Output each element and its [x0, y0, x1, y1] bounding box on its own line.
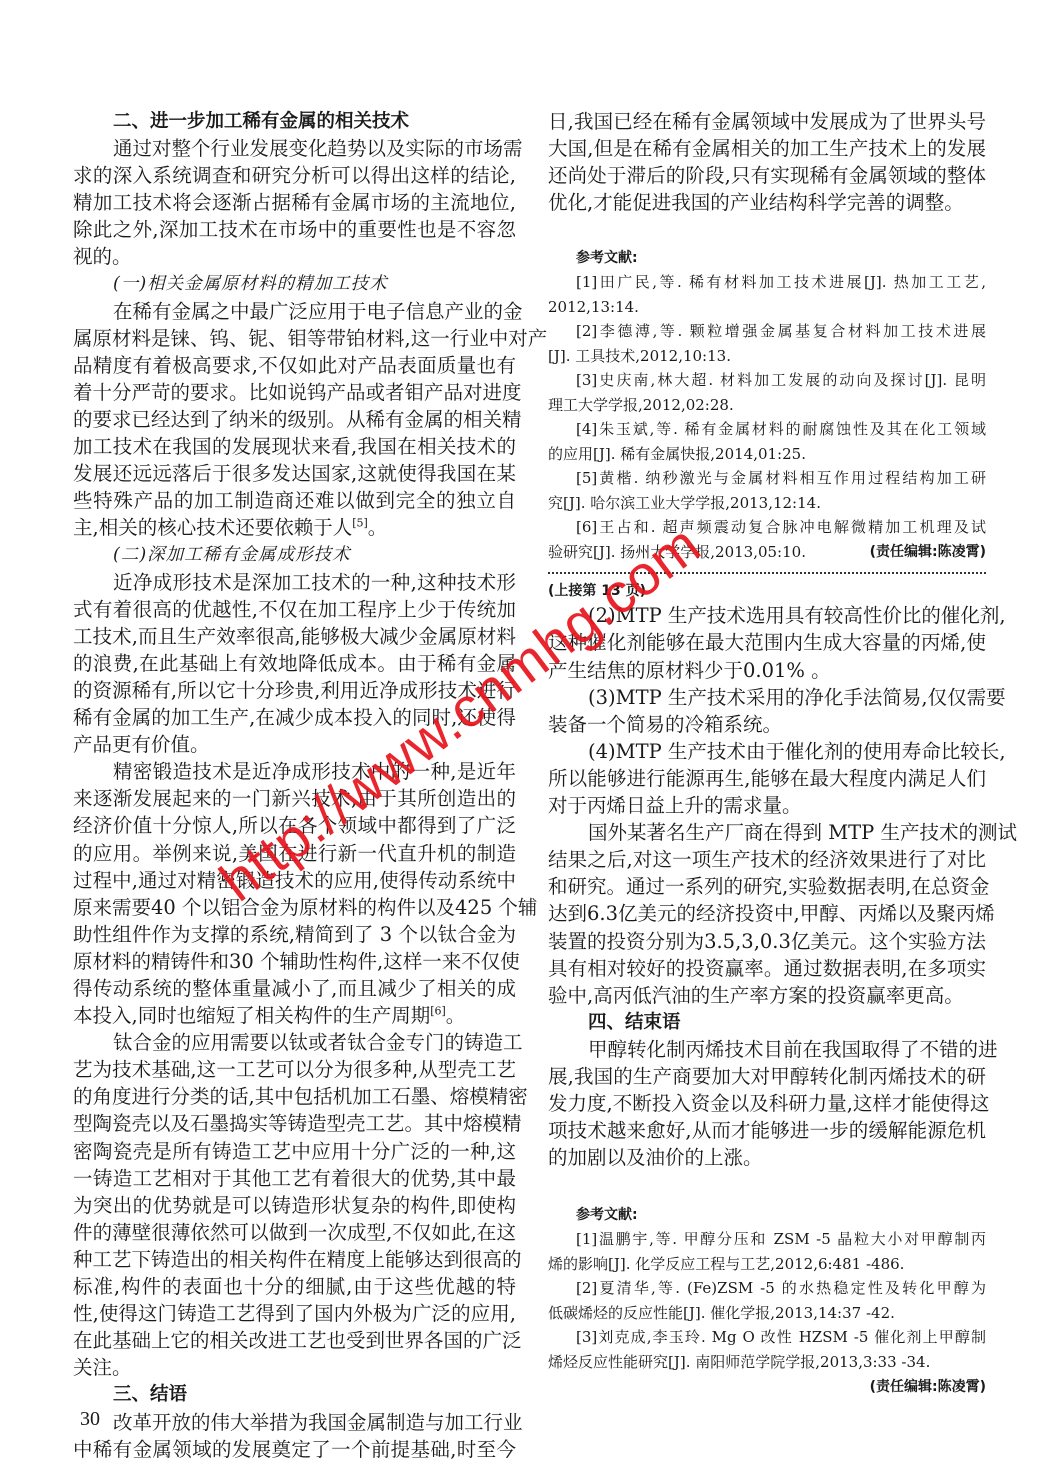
- text-line: 的加剧以及油价的上涨。: [548, 1144, 986, 1171]
- text-line: 标准,构件的表面也十分的细腻,由于这些优越的特: [73, 1273, 516, 1300]
- text-line: 优化,才能促进我国的产业结构科学完善的调整。: [548, 189, 986, 216]
- text-line: 达到6.3亿美元的经济投资中,甲醇、丙烯以及聚丙烯: [548, 900, 986, 927]
- left-column: 二、进一步加工稀有金属的相关技术 通过对整个行业发展变化趋势以及实际的市场需求的…: [73, 108, 516, 1462]
- reference-line: 的应用[J]. 稀有金属快报,2014,01:25.: [548, 442, 986, 467]
- reference-line: 烯的影响[J]. 化学反应工程与工艺,2012,6:481 -486.: [548, 1252, 986, 1277]
- editor-credit: (责任编辑:陈凌霄): [548, 1374, 986, 1399]
- text-line: 加工技术在我国的发展现状来看,我国在相关技术的: [73, 433, 516, 460]
- references-list: [1]田广民,等. 稀有材料加工技术进展[J]. 热加工工艺,2012,13:1…: [548, 270, 986, 564]
- reference-item: [2]夏清华,等. (Fe)ZSM -5 的水热稳定性及转化甲醇为低碳烯烃的反应…: [548, 1276, 986, 1325]
- text-line: 大国,但是在稀有金属相关的加工生产技术上的发展: [548, 135, 986, 162]
- paragraph: 精密锻造技术是近净成形技术中的一种,是近年来逐渐发展起来的一门新兴技术,由于其所…: [73, 758, 516, 1002]
- text-line: 来逐渐发展起来的一门新兴技术,由于其所创造出的: [73, 785, 516, 812]
- text-line: 展,我国的生产商要加大对甲醇转化制丙烯技术的研: [548, 1063, 986, 1090]
- text-line: 通过对整个行业发展变化趋势以及实际的市场需: [73, 135, 516, 162]
- text-line: 装备一个简易的冷箱系统。: [548, 711, 986, 738]
- text-line: (2)MTP 生产技术选用具有较高性价比的催化剂,: [548, 602, 986, 629]
- reference-item: [1]田广民,等. 稀有材料加工技术进展[J]. 热加工工艺,2012,13:1…: [548, 270, 986, 319]
- text-line: 原来需要40 个以铝合金为原材料的构件以及425 个辅: [73, 894, 516, 921]
- text-line: 的要求已经达到了纳米的级别。从稀有金属的相关精: [73, 406, 516, 433]
- text-line: 关注。: [73, 1354, 516, 1381]
- text-line: 经济价值十分惊人,所以在各个领域中都得到了广泛: [73, 812, 516, 839]
- text-line: 的资源稀有,所以它十分珍贵,利用近净成形技术进行: [73, 677, 516, 704]
- text-line: 原材料的精铸件和30 个辅助性构件,这样一来不仅使: [73, 948, 516, 975]
- text-line: 工技术,而且生产效率很高,能够极大减少金属原材料: [73, 623, 516, 650]
- text-line: 式有着很高的优越性,不仅在加工程序上少于传统加: [73, 596, 516, 623]
- text-line: 发力度,不断投入资金以及科研力量,这样才能使得这: [548, 1090, 986, 1117]
- text-line: 项技术越来愈好,从而才能够进一步的缓解能源危机: [548, 1117, 986, 1144]
- paragraph: 通过对整个行业发展变化趋势以及实际的市场需求的深入系统调查和研究分析可以得出这样…: [73, 135, 516, 270]
- reference-line: [1]田广民,等. 稀有材料加工技术进展[J]. 热加工工艺,: [548, 270, 986, 295]
- text-line: 一铸造工艺相对于其他工艺有着很大的优势,其中最: [73, 1165, 516, 1192]
- reference-item: [6]王占和. 超声频震动复合脉冲电解微精加工机理及试验研究[J]. 扬州大学学…: [548, 515, 986, 564]
- text-line: 稀有金属的加工生产,在减少成本投入的同时,还使得: [73, 704, 516, 731]
- text-line: 产生结焦的原材料少于0.01% 。: [548, 657, 986, 684]
- text-line: 的应用。举例来说,美国在进行新一代直升机的制造: [73, 840, 516, 867]
- reference-line: 烯烃反应性能研究[J]. 南阳师范学院学报,2013,3:33 -34.: [548, 1350, 986, 1375]
- text-line: 品精度有着极高要求,不仅如此对产品表面质量也有: [73, 352, 516, 379]
- reference-line: [2]夏清华,等. (Fe)ZSM -5 的水热稳定性及转化甲醇为: [548, 1276, 986, 1301]
- text-line: 属原材料是铼、钨、铌、钼等带铂材料,这一行业中对产: [73, 325, 516, 352]
- text-line: 还尚处于滞后的阶段,只有实现稀有金属领域的整体: [548, 162, 986, 189]
- reference-item: [2]李德溥,等. 颗粒增强金属基复合材料加工技术进展[J]. 工具技术,201…: [548, 319, 986, 368]
- paragraph: 钛合金的应用需要以钛或者钛合金专门的铸造工艺为技术基础,这一工艺可以分为很多种,…: [73, 1029, 516, 1381]
- reference-item: [3]刘克成,李玉玲. Mg O 改性 HZSM -5 催化剂上甲醇制烯烃反应性…: [548, 1325, 986, 1374]
- reference-item: [4]朱玉斌,等. 稀有金属材料的耐腐蚀性及其在化工领域的应用[J]. 稀有金属…: [548, 417, 986, 466]
- reference-item: [1]温鹏宇,等. 甲醇分压和 ZSM -5 晶粒大小对甲醇制丙烯的影响[J].…: [548, 1227, 986, 1276]
- references-heading: 参考文献:: [548, 246, 986, 270]
- text-line: 得传动系统的整体重量减小了,而且减少了相关的成: [73, 975, 516, 1002]
- text-line: 这种催化剂能够在最大范围内生成大容量的丙烯,使: [548, 629, 986, 656]
- paragraph: 日,我国已经在稀有金属领域中发展成为了世界头号大国,但是在稀有金属相关的加工生产…: [548, 108, 986, 216]
- text-line: 着十分严苛的要求。比如说钨产品或者钼产品对进度: [73, 379, 516, 406]
- text-line: 装置的投资分别为3.5,3,0.3亿美元。这个实验方法: [548, 928, 986, 955]
- subsection-heading: (一)相关金属原材料的精加工技术: [73, 271, 516, 298]
- text-line: 国外某著名生产厂商在得到 MTP 生产技术的测试: [548, 819, 986, 846]
- text-line: 种工艺下铸造出的相关构件在精度上能够达到很高的: [73, 1246, 516, 1273]
- text-line: 验中,高丙低汽油的生产率方案的投资赢率更高。: [548, 982, 986, 1009]
- text-line: 的浪费,在此基础上有效地降低成本。由于稀有金属: [73, 650, 516, 677]
- text-line: 除此之外,深加工技术在市场中的重要性也是不容忽: [73, 216, 516, 243]
- section-heading: 三、结语: [73, 1381, 516, 1408]
- text-line: 的角度进行分类的话,其中包括机加工石墨、熔模精密: [73, 1083, 516, 1110]
- text-line: 在此基础上它的相关改进工艺也受到世界各国的广泛: [73, 1327, 516, 1354]
- reference-line: [4]朱玉斌,等. 稀有金属材料的耐腐蚀性及其在化工领域: [548, 417, 986, 442]
- text-line: 中稀有金属领域的发展奠定了一个前提基础,时至今: [73, 1436, 516, 1462]
- reference-line: 2012,13:14.: [548, 295, 986, 320]
- paragraph: 在稀有金属之中最广泛应用于电子信息产业的金属原材料是铼、钨、铌、钼等带铂材料,这…: [73, 298, 516, 515]
- text-line: 为突出的优势就是可以铸造形状复杂的构件,即使构: [73, 1192, 516, 1219]
- reference-line: 究[J]. 哈尔滨工业大学学报,2013,12:14.: [548, 491, 986, 516]
- reference-item: [3]史庆南,林大超. 材料加工发展的动向及探讨[J]. 昆明理工大学学报,20…: [548, 368, 986, 417]
- text-line: 所以能够进行能源再生,能够在最大程度内满足人们: [548, 765, 986, 792]
- text-line: 发展还远远落后于很多发达国家,这就使得我国在某: [73, 460, 516, 487]
- text-line: 在稀有金属之中最广泛应用于电子信息产业的金: [73, 298, 516, 325]
- text-line: 日,我国已经在稀有金属领域中发展成为了世界头号: [548, 108, 986, 135]
- citation[interactable]: [6]: [430, 1005, 446, 1018]
- section-heading: 四、结束语: [548, 1009, 986, 1036]
- paragraph-last-line: 本投入,同时也缩短了相关构件的生产周期[6]。: [73, 1002, 516, 1029]
- paragraph: 改革开放的伟大举措为我国金属制造与加工行业中稀有金属领域的发展奠定了一个前提基础…: [73, 1409, 516, 1462]
- paragraph: (3)MTP 生产技术采用的净化手法简易,仅仅需要装备一个简易的冷箱系统。: [548, 684, 986, 738]
- text-line: (3)MTP 生产技术采用的净化手法简易,仅仅需要: [548, 684, 986, 711]
- text-line: 性,使得这门铸造工艺得到了国内外极为广泛的应用,: [73, 1300, 516, 1327]
- text-line: 结果之后,对这一项生产技术的经济效果进行了对比: [548, 846, 986, 873]
- paragraph: 国外某著名生产厂商在得到 MTP 生产技术的测试结果之后,对这一项生产技术的经济…: [548, 819, 986, 1009]
- text-line: 艺为技术基础,这一工艺可以分为很多种,从型壳工艺: [73, 1056, 516, 1083]
- subsection-heading: (二)深加工稀有金属成形技术: [73, 542, 516, 569]
- reference-line: [3]史庆南,林大超. 材料加工发展的动向及探讨[J]. 昆明: [548, 368, 986, 393]
- reference-line: [6]王占和. 超声频震动复合脉冲电解微精加工机理及试: [548, 515, 986, 540]
- text-line: 件的薄壁很薄依然可以做到一次成型,不仅如此,在这: [73, 1219, 516, 1246]
- reference-line: 低碳烯烃的反应性能[J]. 催化学报,2013,14:37 -42.: [548, 1301, 986, 1326]
- text-line: 视的。: [73, 243, 516, 270]
- reference-line: 验研究[J]. 扬州大学学报,2013,05:10.(责任编辑:陈凌霄): [548, 540, 986, 565]
- text-line: 近净成形技术是深加工技术的一种,这种技术形: [73, 569, 516, 596]
- paragraph-last-line: 主,相关的核心技术还要依赖于人[5]。: [73, 514, 516, 541]
- text-line: 对于丙烯日益上升的需求量。: [548, 792, 986, 819]
- reference-line: [J]. 工具技术,2012,10:13.: [548, 344, 986, 369]
- text-line: 和研究。通过一系列的研究,实验数据表明,在总资金: [548, 873, 986, 900]
- paragraph: (4)MTP 生产技术由于催化剂的使用寿命比较长,所以能够进行能源再生,能够在最…: [548, 738, 986, 819]
- text-line: 精密锻造技术是近净成形技术中的一种,是近年: [73, 758, 516, 785]
- reference-line: [5]黄楷. 纳秒激光与金属材料相互作用过程结构加工研: [548, 466, 986, 491]
- right-column: 日,我国已经在稀有金属领域中发展成为了世界头号大国,但是在稀有金属相关的加工生产…: [548, 108, 986, 1399]
- text-line: 甲醇转化制丙烯技术目前在我国取得了不错的进: [548, 1036, 986, 1063]
- reference-line: [2]李德溥,等. 颗粒增强金属基复合材料加工技术进展: [548, 319, 986, 344]
- text-line: 改革开放的伟大举措为我国金属制造与加工行业: [73, 1409, 516, 1436]
- reference-line: [1]温鹏宇,等. 甲醇分压和 ZSM -5 晶粒大小对甲醇制丙: [548, 1227, 986, 1252]
- text-line: 产品更有价值。: [73, 731, 516, 758]
- text-line: 具有相对较好的投资赢率。通过数据表明,在多项实: [548, 955, 986, 982]
- divider: [548, 572, 986, 574]
- section-heading: 二、进一步加工稀有金属的相关技术: [73, 108, 516, 135]
- text-line: 些特殊产品的加工制造商还难以做到完全的独立自: [73, 487, 516, 514]
- text-line: 精加工技术将会逐渐占据稀有金属市场的主流地位,: [73, 189, 516, 216]
- paragraph: 甲醇转化制丙烯技术目前在我国取得了不错的进展,我国的生产商要加大对甲醇转化制丙烯…: [548, 1036, 986, 1171]
- paragraph: 近净成形技术是深加工技术的一种,这种技术形式有着很高的优越性,不仅在加工程序上少…: [73, 569, 516, 759]
- editor-credit: (责任编辑:陈凌霄): [870, 540, 986, 565]
- reference-line: 理工大学学报,2012,02:28.: [548, 393, 986, 418]
- text-line: 求的深入系统调查和研究分析可以得出这样的结论,: [73, 162, 516, 189]
- reference-line: [3]刘克成,李玉玲. Mg O 改性 HZSM -5 催化剂上甲醇制: [548, 1325, 986, 1350]
- text-line: 密陶瓷壳是所有铸造工艺中应用十分广泛的一种,这: [73, 1138, 516, 1165]
- references-heading: 参考文献:: [548, 1203, 986, 1227]
- citation[interactable]: [5]: [352, 517, 368, 530]
- reference-item: [5]黄楷. 纳秒激光与金属材料相互作用过程结构加工研究[J]. 哈尔滨工业大学…: [548, 466, 986, 515]
- references-list: [1]温鹏宇,等. 甲醇分压和 ZSM -5 晶粒大小对甲醇制丙烯的影响[J].…: [548, 1227, 986, 1374]
- text-line: 过程中,通过对精密锻造技术的应用,使得传动系统中: [73, 867, 516, 894]
- paragraph: (2)MTP 生产技术选用具有较高性价比的催化剂,这种催化剂能够在最大范围内生成…: [548, 602, 986, 683]
- text-line: 型陶瓷壳以及石墨捣实等铸造型壳工艺。其中熔模精: [73, 1110, 516, 1137]
- text-line: 助性组件作为支撑的系统,精简到了 3 个以钛合金为: [73, 921, 516, 948]
- text-line: 钛合金的应用需要以钛或者钛合金专门的铸造工: [73, 1029, 516, 1056]
- continued-from-label: (上接第 13 页): [548, 580, 986, 602]
- text-line: (4)MTP 生产技术由于催化剂的使用寿命比较长,: [548, 738, 986, 765]
- page-number: 30: [80, 1408, 100, 1431]
